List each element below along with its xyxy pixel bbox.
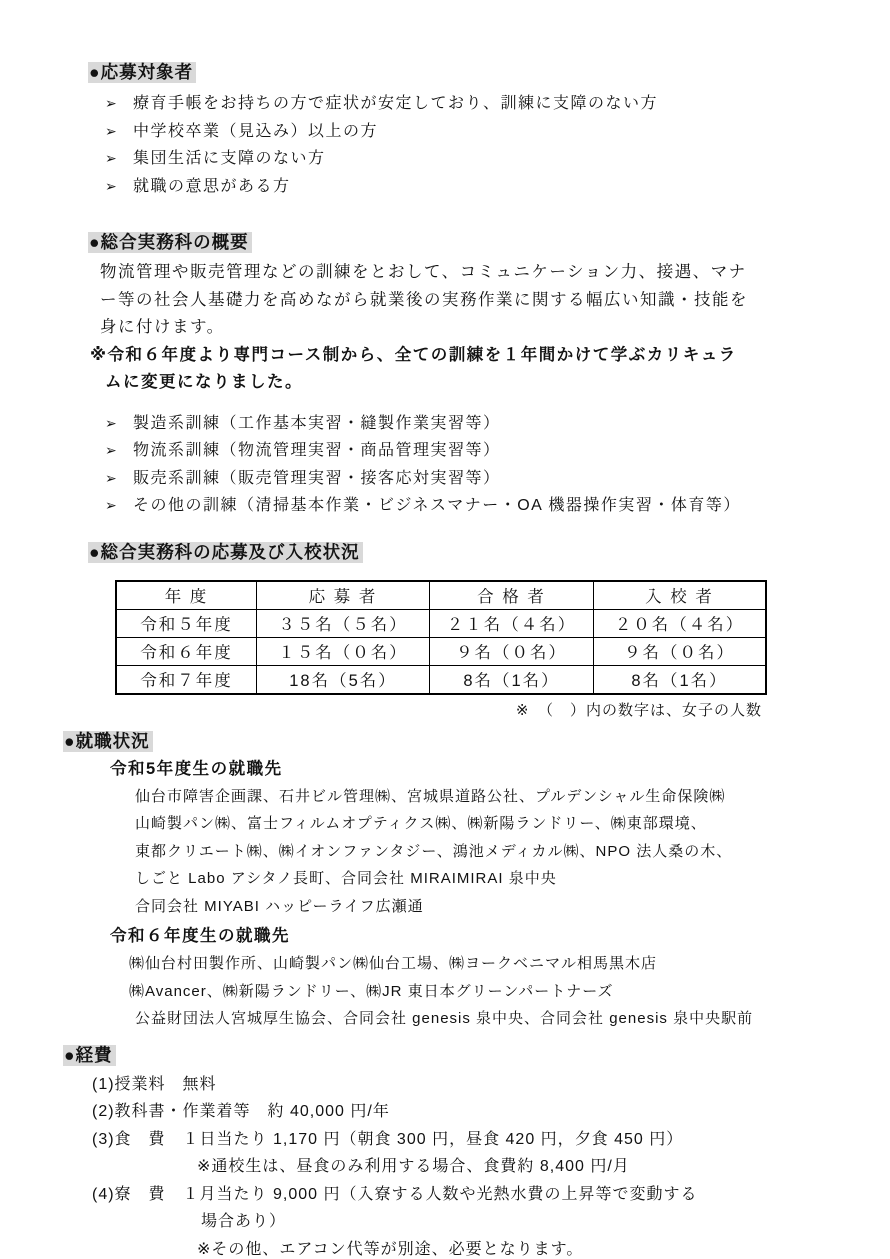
company-line: しごと Labo アシタノ長町、合同会社 MIRAIMIRAI 泉中央 [88, 865, 830, 893]
header-passed: 合 格 者 [430, 581, 594, 610]
list-item: ➢販売系訓練（販売管理実習・接客応対実習等） [88, 465, 830, 493]
overview-heading-text: ●総合実務科の概要 [88, 232, 252, 253]
list-item-text: その他の訓練（清掃基本作業・ビジネスマナー・OA 機器操作実習・体育等） [133, 492, 741, 520]
enrollment-table: 年 度 応 募 者 合 格 者 入 校 者 令和５年度 ３５名（５名） ２１名（… [115, 580, 767, 695]
list-item: ➢物流系訓練（物流管理実習・商品管理実習等） [88, 437, 830, 465]
table-row: 令和６年度 １５名（０名） ９名（０名） ９名（０名） [116, 637, 766, 665]
list-item-text: 製造系訓練（工作基本実習・縫製作業実習等） [133, 410, 501, 438]
list-item-text: 集団生活に支障のない方 [133, 145, 326, 173]
training-list: ➢製造系訓練（工作基本実習・縫製作業実習等） ➢物流系訓練（物流管理実習・商品管… [88, 410, 830, 520]
expense-subnote: ※その他、エアコン代等が別途、必要となります。 [88, 1236, 830, 1259]
cell-entered: 8名（1名） [594, 665, 767, 694]
expense-item: (3)食 費 １日当たり 1,170 円（朝食 300 円，昼食 420 円，夕… [88, 1126, 830, 1154]
table-row: 令和５年度 ３５名（５名） ２１名（４名） ２０名（４名） [116, 609, 766, 637]
employment-r6-list: ㈱仙台村田製作所、山崎製パン㈱仙台工場、㈱ヨークベニマル相馬黒木店 ㈱Avanc… [88, 950, 830, 1033]
arrow-bullet-icon: ➢ [88, 437, 133, 465]
cell-entered: ９名（０名） [594, 637, 767, 665]
header-entered: 入 校 者 [594, 581, 767, 610]
cell-passed: 8名（1名） [430, 665, 594, 694]
arrow-bullet-icon: ➢ [88, 145, 133, 173]
cell-year: 令和５年度 [116, 609, 257, 637]
bold-note-line: ※令和６年度より専門コース制から、全ての訓練を１年間かけて学ぶカリキュラ [88, 342, 830, 370]
cell-applicants: ３５名（５名） [257, 609, 430, 637]
paragraph-line: 物流管理や販売管理などの訓練をとおして、コミュニケーション力、接遇、マナ [88, 259, 830, 287]
employment-heading-text: ●就職状況 [63, 731, 153, 752]
company-line: 山崎製パン㈱、富士フィルムオプティクス㈱、㈱新陽ランドリー、㈱東部環境、 [88, 810, 830, 838]
company-line: ㈱Avancer、㈱新陽ランドリー、㈱JR 東日本グリーンパートナーズ [88, 978, 830, 1006]
header-year: 年 度 [116, 581, 257, 610]
arrow-bullet-icon: ➢ [88, 90, 133, 118]
applicants-heading: ●応募対象者 [88, 60, 830, 84]
list-item: ➢集団生活に支障のない方 [88, 145, 830, 173]
arrow-bullet-icon: ➢ [88, 492, 133, 520]
employment-r6-subheading: 令和６年度生の就職先 [88, 923, 830, 950]
list-item-text: 販売系訓練（販売管理実習・接客応対実習等） [133, 465, 501, 493]
header-applicants: 応 募 者 [257, 581, 430, 610]
cell-applicants: １５名（０名） [257, 637, 430, 665]
expenses-heading-text: ●経費 [63, 1045, 116, 1066]
arrow-bullet-icon: ➢ [88, 173, 133, 201]
cell-year: 令和７年度 [116, 665, 257, 694]
expense-continuation: 場合あり） [88, 1208, 830, 1236]
table-row: 令和７年度 18名（5名） 8名（1名） 8名（1名） [116, 665, 766, 694]
cell-entered: ２０名（４名） [594, 609, 767, 637]
employment-r5-list: 仙台市障害企画課、石井ビル管理㈱、宮城県道路公社、プルデンシャル生命保険㈱ 山崎… [88, 783, 830, 921]
arrow-bullet-icon: ➢ [88, 410, 133, 438]
expense-subnote: ※通校生は、昼食のみ利用する場合、食費約 8,400 円/月 [88, 1153, 830, 1181]
list-item-text: 物流系訓練（物流管理実習・商品管理実習等） [133, 437, 501, 465]
arrow-bullet-icon: ➢ [88, 465, 133, 493]
list-item: ➢中学校卒業（見込み）以上の方 [88, 118, 830, 146]
expenses-list: (1)授業料 無料 (2)教科書・作業着等 約 40,000 円/年 (3)食 … [88, 1071, 830, 1259]
document-page: ●応募対象者 ➢療育手帳をお持ちの方で症状が安定しており、訓練に支障のない方 ➢… [0, 0, 890, 1259]
company-line: 仙台市障害企画課、石井ビル管理㈱、宮城県道路公社、プルデンシャル生命保険㈱ [88, 783, 830, 811]
overview-heading: ●総合実務科の概要 [88, 230, 830, 254]
cell-passed: ２１名（４名） [430, 609, 594, 637]
list-item-text: 中学校卒業（見込み）以上の方 [133, 118, 378, 146]
list-item-text: 就職の意思がある方 [133, 173, 291, 201]
applicants-list: ➢療育手帳をお持ちの方で症状が安定しており、訓練に支障のない方 ➢中学校卒業（見… [88, 90, 830, 200]
expenses-heading: ●経費 [63, 1043, 830, 1067]
table-footnote: ※ （ ）内の数字は、女子の人数 [88, 701, 762, 721]
overview-paragraph: 物流管理や販売管理などの訓練をとおして、コミュニケーション力、接遇、マナ ー等の… [88, 259, 830, 342]
company-line: 合同会社 MIYABI ハッピーライフ広瀬通 [88, 893, 830, 921]
list-item: ➢就職の意思がある方 [88, 173, 830, 201]
employment-r5-subheading: 令和5年度生の就職先 [88, 756, 830, 783]
expense-item: (4)寮 費 １月当たり 9,000 円（入寮する人数や光熱水費の上昇等で変動す… [88, 1181, 830, 1209]
table-header-row: 年 度 応 募 者 合 格 者 入 校 者 [116, 581, 766, 610]
company-line: 公益財団法人宮城厚生協会、合同会社 genesis 泉中央、合同会社 genes… [88, 1005, 830, 1033]
enrollment-heading: ●総合実務科の応募及び入校状況 [88, 540, 830, 564]
company-line: ㈱仙台村田製作所、山崎製パン㈱仙台工場、㈱ヨークベニマル相馬黒木店 [88, 950, 830, 978]
list-item: ➢製造系訓練（工作基本実習・縫製作業実習等） [88, 410, 830, 438]
cell-passed: ９名（０名） [430, 637, 594, 665]
list-item-text: 療育手帳をお持ちの方で症状が安定しており、訓練に支障のない方 [133, 90, 658, 118]
cell-year: 令和６年度 [116, 637, 257, 665]
expense-item: (2)教科書・作業着等 約 40,000 円/年 [88, 1098, 830, 1126]
list-item: ➢療育手帳をお持ちの方で症状が安定しており、訓練に支障のない方 [88, 90, 830, 118]
expense-item: (1)授業料 無料 [88, 1071, 830, 1099]
paragraph-line: ー等の社会人基礎力を高めながら就業後の実務作業に関する幅広い知識・技能を [88, 287, 830, 315]
list-item: ➢その他の訓練（清掃基本作業・ビジネスマナー・OA 機器操作実習・体育等） [88, 492, 830, 520]
arrow-bullet-icon: ➢ [88, 118, 133, 146]
company-line: 東都クリエート㈱、㈱イオンファンタジー、鴻池メディカル㈱、NPO 法人桑の木、 [88, 838, 830, 866]
bold-note-line: ムに変更になりました。 [88, 369, 830, 397]
employment-heading: ●就職状況 [63, 729, 830, 753]
paragraph-line: 身に付けます。 [88, 314, 830, 342]
overview-bold-note: ※令和６年度より専門コース制から、全ての訓練を１年間かけて学ぶカリキュラ ムに変… [88, 342, 830, 397]
cell-applicants: 18名（5名） [257, 665, 430, 694]
enrollment-heading-text: ●総合実務科の応募及び入校状況 [88, 542, 363, 563]
applicants-heading-text: ●応募対象者 [88, 62, 196, 83]
